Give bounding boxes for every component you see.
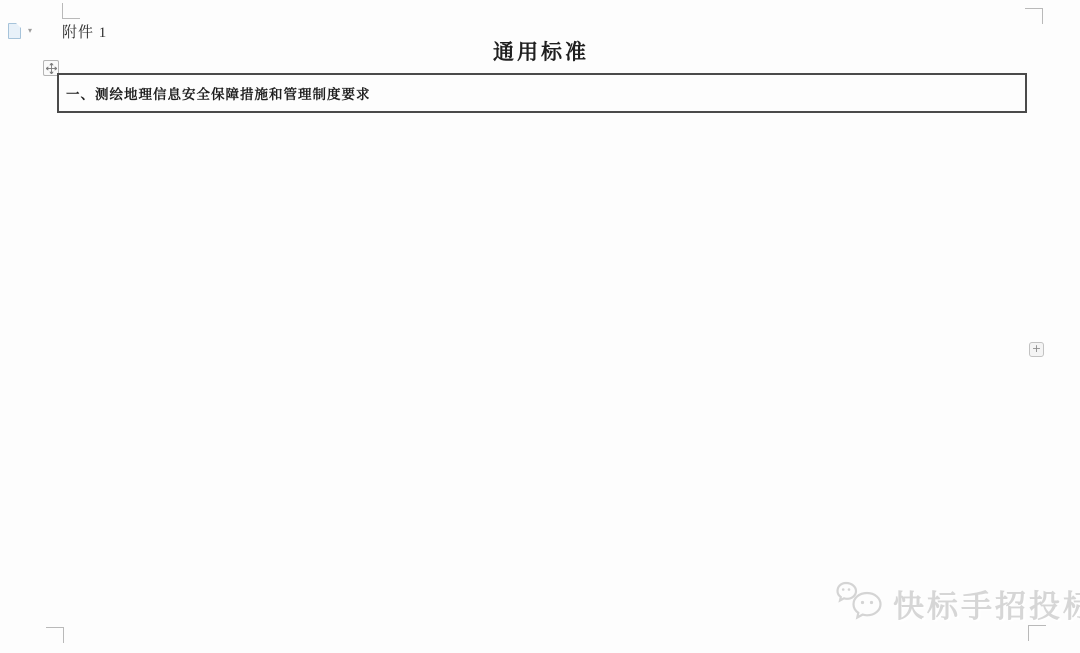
table-section-header[interactable]: 一、测绘地理信息安全保障措施和管理制度要求 <box>58 74 1026 112</box>
document-canvas: ▾ 附件 1 通用标准 一、测绘地理信息安全保障措施和管理制度要求 + <box>0 0 1080 653</box>
table-header-row: 一、测绘地理信息安全保障措施和管理制度要求 <box>58 74 1026 112</box>
insert-row-button[interactable]: + <box>1029 342 1044 357</box>
move-icon <box>46 63 57 74</box>
page-margin-mark-top-right <box>1025 8 1043 24</box>
watermark: 快标手招投标 <box>836 579 1080 627</box>
wechat-chat-bubbles-icon <box>836 579 886 627</box>
standards-table: 一、测绘地理信息安全保障措施和管理制度要求 <box>57 73 1027 113</box>
page-title[interactable]: 通用标准 <box>0 36 1080 66</box>
watermark-text: 快标手招投标 <box>893 581 1080 626</box>
page-margin-mark-top-left <box>62 3 80 19</box>
page-margin-mark-bottom-left <box>46 627 64 643</box>
chevron-down-icon[interactable]: ▾ <box>28 26 32 35</box>
page-margin-mark-bottom-right <box>1028 625 1046 641</box>
